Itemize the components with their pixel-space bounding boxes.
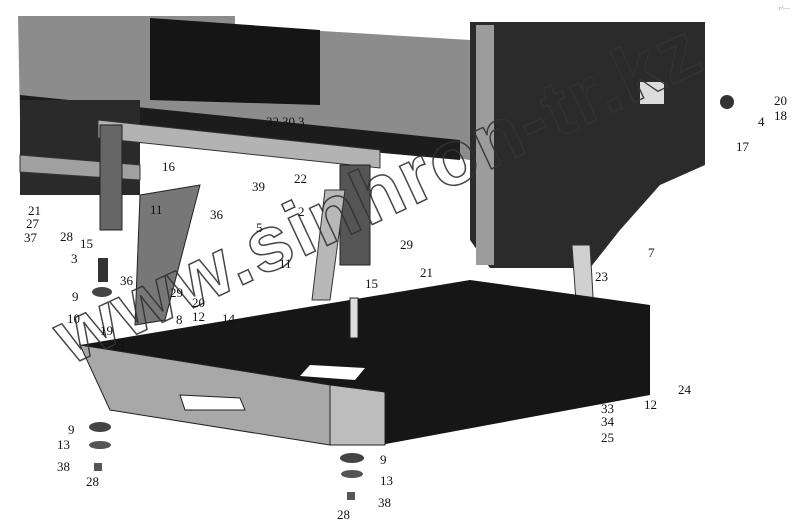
part-callout-19: 19 (100, 324, 113, 337)
washer-13-right (341, 470, 363, 478)
cab-dark-section (150, 18, 320, 105)
part-callout-24: 24 (112, 338, 125, 351)
part-callout-14: 14 (222, 312, 235, 325)
part-callout-11: 11 (150, 203, 163, 216)
part-callout-37: 37 (24, 231, 37, 244)
part-callout-36: 36 (210, 208, 223, 221)
part-callout-28: 28 (60, 230, 73, 243)
part-callout-10: 10 (67, 312, 80, 325)
part-callout-29: 29 (170, 286, 183, 299)
rubber-cushion-9-lower (89, 422, 111, 432)
part-callout-25: 25 (601, 431, 614, 444)
part-callout-23: 23 (595, 270, 608, 283)
part-callout-9: 9 (68, 423, 75, 436)
part-callout-5: 5 (256, 221, 263, 234)
bolt-38 (94, 463, 102, 471)
part-callout-12: 12 (192, 310, 205, 323)
part-callout-28: 28 (86, 475, 99, 488)
part-callout-3: 3 (298, 115, 305, 128)
part-callout-3: 3 (71, 252, 78, 265)
part-callout-24: 24 (678, 383, 691, 396)
part-callout-39: 39 (252, 180, 265, 193)
bolt-38-right (347, 492, 355, 500)
part-callout-34: 34 (601, 415, 614, 428)
part-callout-17: 17 (736, 140, 749, 153)
part-callout-9: 9 (380, 453, 387, 466)
part-callout-12: 12 (644, 398, 657, 411)
rubber-cushion-9-right (340, 453, 364, 463)
corner-mark: r^— (779, 6, 790, 12)
part-callout-11: 11 (279, 257, 292, 270)
part-callout-15: 15 (80, 237, 93, 250)
bushing-part (720, 95, 734, 109)
part-callout-20: 20 (774, 94, 787, 107)
part-callout-9: 9 (72, 290, 79, 303)
part-callout-38: 38 (57, 460, 70, 473)
part-callout-16: 16 (162, 160, 175, 173)
part-callout-18: 18 (774, 109, 787, 122)
part-callout-28: 28 (337, 508, 350, 521)
washer-13 (89, 441, 111, 449)
part-callout-30: 30 (282, 115, 295, 128)
part-callout-27: 27 (26, 217, 39, 230)
part-callout-21: 21 (420, 266, 433, 279)
diagram-canvas: www.sinhron-tr.kz r^— 212737281511336910… (0, 0, 800, 531)
frame-side-plate (330, 385, 385, 445)
part-callout-15: 15 (365, 277, 378, 290)
center-mount-bolt (350, 298, 358, 338)
part-callout-22: 22 (294, 172, 307, 185)
part-callout-38: 38 (378, 496, 391, 509)
part-callout-29: 29 (400, 238, 413, 251)
part-callout-36: 36 (120, 274, 133, 287)
left-hinge-bracket (100, 125, 122, 230)
part-callout-2: 2 (298, 205, 305, 218)
part-callout-13: 13 (57, 438, 70, 451)
part-callout-20: 20 (192, 296, 205, 309)
part-callout-7: 7 (648, 246, 655, 259)
part-callout-8: 8 (176, 313, 183, 326)
part-callout-4: 4 (758, 115, 765, 128)
part-callout-32: 32 (266, 115, 279, 128)
part-callout-13: 13 (380, 474, 393, 487)
